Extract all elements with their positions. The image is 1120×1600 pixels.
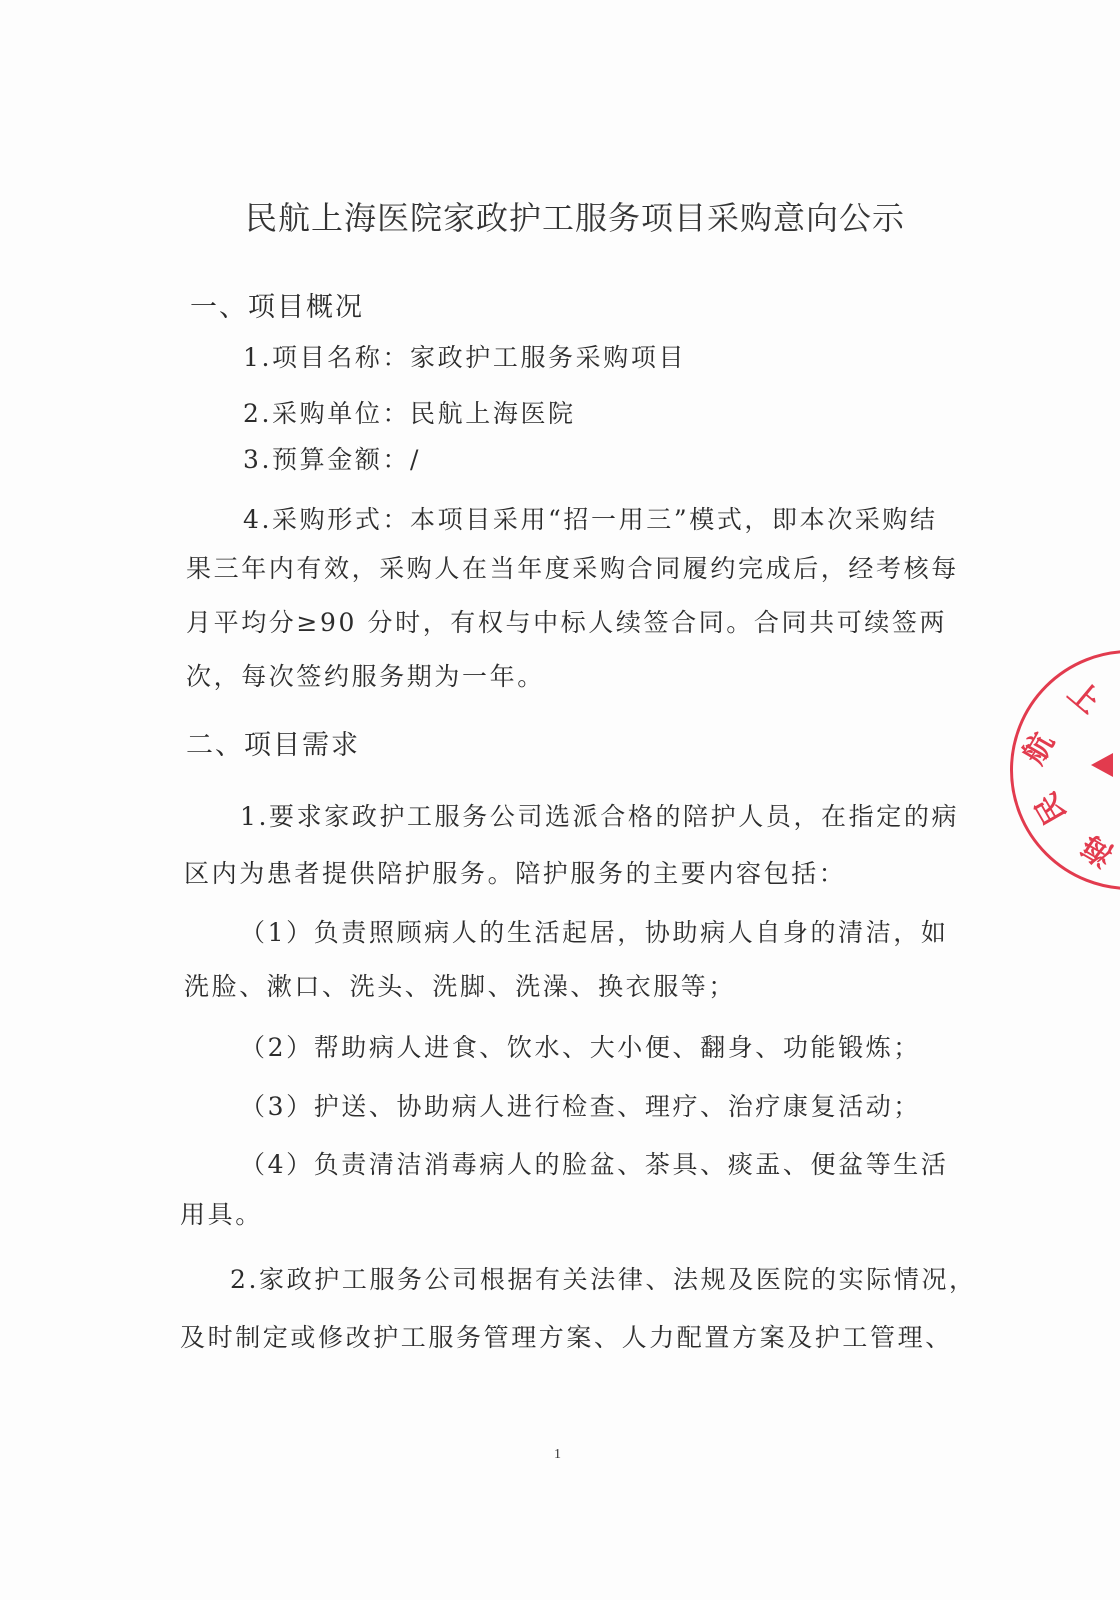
paragraph-line: 3.预算金额：/ [243,440,421,476]
seal-char: 海 [1072,826,1120,879]
paragraph-line: 洗脸、漱口、洗头、洗脚、洗澡、换衣服等； [184,967,736,1003]
paragraph-line: 4.采购形式：本项目采用“招一用三”模式，即本次采购结 [243,500,938,536]
paragraph-line: 区内为患者提供陪护服务。陪护服务的主要内容包括： [184,854,846,890]
paragraph-line: 果三年内有效，采购人在当年度采购合同履约完成后，经考核每 [186,549,959,585]
seal-char: 上 [1060,669,1111,722]
page-number: 1 [554,1447,561,1463]
seal-star-icon [1091,753,1113,777]
paragraph-line: 用具。 [180,1195,263,1231]
section-heading-requirements: 二、项目需求 [186,723,360,762]
paragraph-line: （4）负责清洁消毒病人的脸盆、茶具、痰盂、便盆等生活 [240,1145,949,1181]
paragraph-line: （3）护送、协助病人进行检查、理疗、治疗康复活动； [240,1087,921,1123]
paragraph-line: 2.家政护工服务公司根据有关法律、法规及医院的实际情况， [230,1260,977,1296]
paragraph-line: 月平均分≥90 分时，有权与中标人续签合同。合同共可续签两 [186,603,947,639]
paragraph-line: 2.采购单位：民航上海医院 [243,394,576,430]
section-heading-overview: 一、项目概况 [190,285,364,324]
paragraph-line: 次，每次签约服务期为一年。 [186,657,545,693]
seal-char: 民 [1021,786,1074,834]
paragraph-line: 及时制定或修改护工服务管理方案、人力配置方案及护工管理、 [180,1318,953,1354]
official-seal: 上 航 民 海 [1010,650,1120,890]
paragraph-line: （1）负责照顾病人的生活起居，协助病人自身的清洁，如 [240,913,949,949]
paragraph-line: （2）帮助病人进食、饮水、大小便、翻身、功能锻炼； [240,1028,921,1064]
seal-char: 航 [1009,723,1062,771]
document-page: 民航上海医院家政护工服务项目采购意向公示 一、项目概况 1.项目名称：家政护工服… [0,0,1120,1600]
document-title: 民航上海医院家政护工服务项目采购意向公示 [0,193,1120,239]
paragraph-line: 1.项目名称：家政护工服务采购项目 [243,338,686,374]
paragraph-line: 1.要求家政护工服务公司选派合格的陪护人员，在指定的病 [240,797,959,833]
